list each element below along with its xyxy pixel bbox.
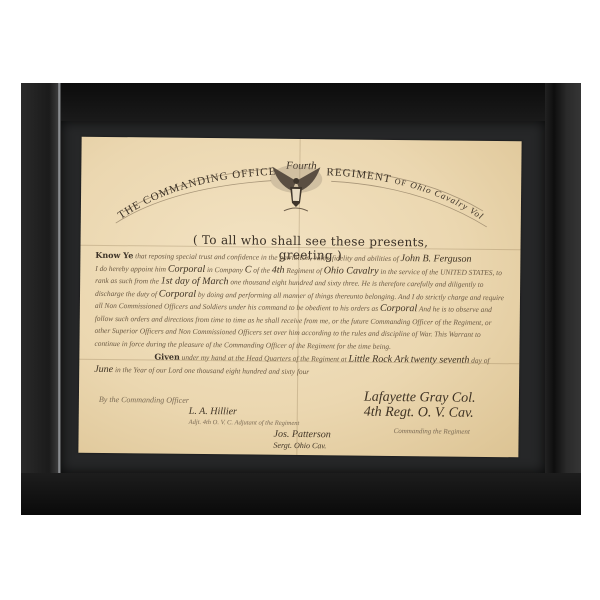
- frame-right-rail: [545, 83, 581, 515]
- know-ye-lead: Know Ye: [95, 250, 133, 260]
- given-lead: Given: [154, 351, 180, 361]
- clerk-signature: Jos. Patterson Sergt. Ohio Cav.: [273, 429, 330, 452]
- place-field: Little Rock Ark: [348, 354, 408, 366]
- warrant-document: THE COMMANDING OFFICER OF THE REGIMENT O…: [78, 137, 521, 458]
- frame-left-rail: [21, 83, 61, 515]
- from-date-field: 1st day of March: [161, 276, 229, 288]
- arm-field: Ohio Cavalry: [324, 265, 379, 277]
- picture-frame: THE COMMANDING OFFICER OF THE REGIMENT O…: [21, 83, 581, 515]
- regiment-field: 4th: [272, 264, 285, 275]
- frame-bottom-rail: [21, 473, 581, 515]
- day-field: twenty seventh: [411, 354, 470, 366]
- header-prefix: THE COMMANDING OFFICER OF THE: [111, 157, 277, 223]
- warrant-body: Know Ye that reposing special trust and …: [94, 249, 505, 380]
- adjutant-signature: L. A. Hillier Adjt. 4th O. V. C. Adjutan…: [189, 406, 300, 429]
- eagle-emblem: [266, 159, 327, 220]
- commander-signature: Lafayette Gray Col. 4th Regt. O. V. Cav.…: [364, 390, 476, 440]
- month-field: June: [94, 363, 113, 374]
- frame-top-rail: [21, 83, 581, 121]
- appointee-name: John B. Ferguson: [400, 253, 471, 265]
- header-regiment-word: REGIMENT: [326, 166, 392, 185]
- by-order-line: By the Commanding Officer: [99, 395, 189, 405]
- rank-field: Corporal: [168, 263, 205, 274]
- frame-mat: THE COMMANDING OFFICER OF THE REGIMENT O…: [61, 121, 545, 473]
- svg-text:THE COMMANDING OFFICER OF THE: THE COMMANDING OFFICER OF THE: [111, 157, 277, 223]
- company-field: C: [245, 264, 252, 275]
